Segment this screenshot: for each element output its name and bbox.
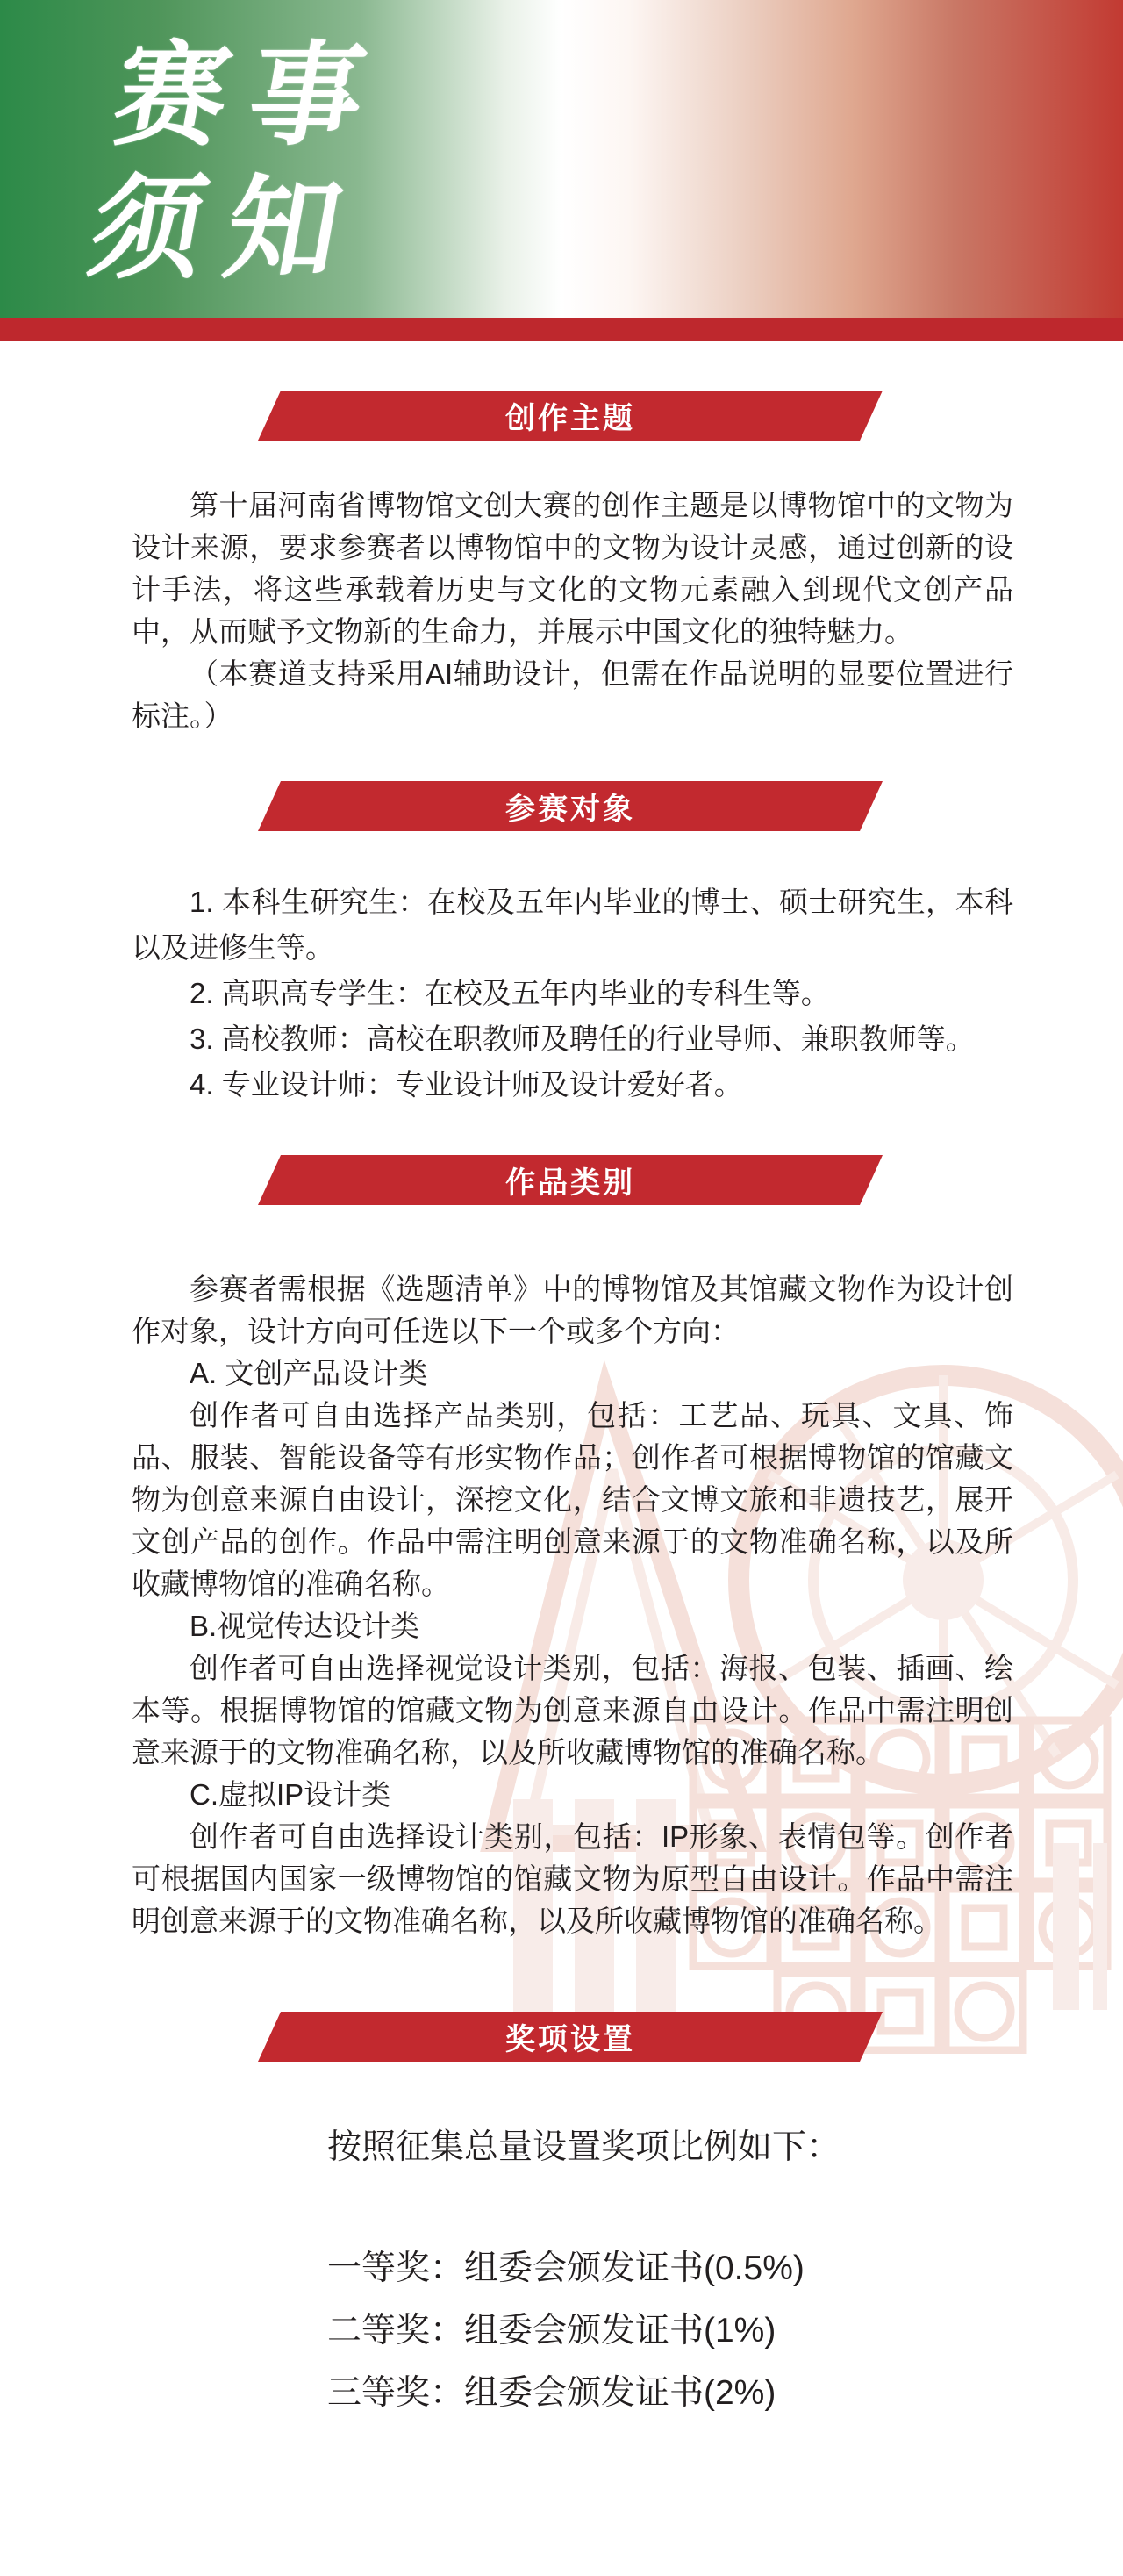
section-categories-body: 参赛者需根据《选题清单》中的博物馆及其馆藏文物作为设计创作对象，设计方向可任选以… — [132, 1268, 1013, 1942]
participant-item-1: 1. 本科生研究生：在校及五年内毕业的博士、硕士研究生，本科以及进修生等。 — [132, 879, 1013, 971]
section-banner-awards-label: 奖项设置 — [505, 2015, 635, 2058]
award-second: 二等奖：组委会颁发证书(1%) — [327, 2300, 805, 2362]
awards-intro: 按照征集总量设置奖项比例如下： — [327, 2123, 840, 2172]
page-title-line1: 赛事 — [104, 30, 397, 163]
section-participants-body: 1. 本科生研究生：在校及五年内毕业的博士、硕士研究生，本科以及进修生等。 2.… — [132, 879, 1013, 1108]
category-a-title: A. 文创产品设计类 — [132, 1353, 1013, 1395]
competition-notice-poster: 赛事 须知 — [0, 0, 1123, 2576]
section-banner-theme-label: 创作主题 — [505, 394, 635, 437]
hero-header: 赛事 须知 — [0, 0, 1123, 318]
section-banner-theme: 创作主题 — [258, 391, 883, 441]
participant-item-3: 3. 高校教师：高校在职教师及聘任的行业导师、兼职教师等。 — [132, 1016, 1013, 1062]
section-banner-participants: 参赛对象 — [258, 781, 883, 831]
theme-paragraph: 第十届河南省博物馆文创大赛的创作主题是以博物馆中的文物为设计来源，要求参赛者以博… — [132, 484, 1013, 653]
category-c-text: 创作者可自由选择设计类别，包括：IP形象、表情包等。创作者可根据国内国家一级博物… — [132, 1816, 1013, 1942]
award-third: 三等奖：组委会颁发证书(2%) — [327, 2362, 805, 2424]
category-b-text: 创作者可自由选择视觉设计类别，包括：海报、包装、插画、绘本等。根据博物馆的馆藏文… — [132, 1647, 1013, 1774]
awards-list: 一等奖：组委会颁发证书(0.5%) 二等奖：组委会颁发证书(1%) 三等奖：组委… — [327, 2237, 805, 2424]
category-a-text: 创作者可自由选择产品类别，包括：工艺品、玩具、文具、饰品、服装、智能设备等有形实… — [132, 1395, 1013, 1605]
participant-item-4: 4. 专业设计师：专业设计师及设计爱好者。 — [132, 1062, 1013, 1108]
page-title-line2: 须知 — [80, 163, 374, 297]
section-banner-categories-label: 作品类别 — [505, 1159, 635, 1202]
page-title: 赛事 须知 — [80, 30, 397, 297]
section-banner-participants-label: 参赛对象 — [505, 785, 635, 828]
award-first: 一等奖：组委会颁发证书(0.5%) — [327, 2237, 805, 2300]
section-theme-body: 第十届河南省博物馆文创大赛的创作主题是以博物馆中的文物为设计来源，要求参赛者以博… — [132, 484, 1013, 737]
participant-item-2: 2. 高职高专学生：在校及五年内毕业的专科生等。 — [132, 971, 1013, 1016]
section-banner-awards: 奖项设置 — [258, 2012, 883, 2062]
category-b-title: B.视觉传达设计类 — [132, 1605, 1013, 1647]
category-c-title: C.虚拟IP设计类 — [132, 1774, 1013, 1816]
section-banner-categories: 作品类别 — [258, 1155, 883, 1205]
hero-stripe — [0, 318, 1123, 341]
theme-ai-note: （本赛道支持采用AI辅助设计，但需在作品说明的显要位置进行标注。） — [132, 653, 1013, 737]
categories-intro: 参赛者需根据《选题清单》中的博物馆及其馆藏文物作为设计创作对象，设计方向可任选以… — [132, 1268, 1013, 1353]
